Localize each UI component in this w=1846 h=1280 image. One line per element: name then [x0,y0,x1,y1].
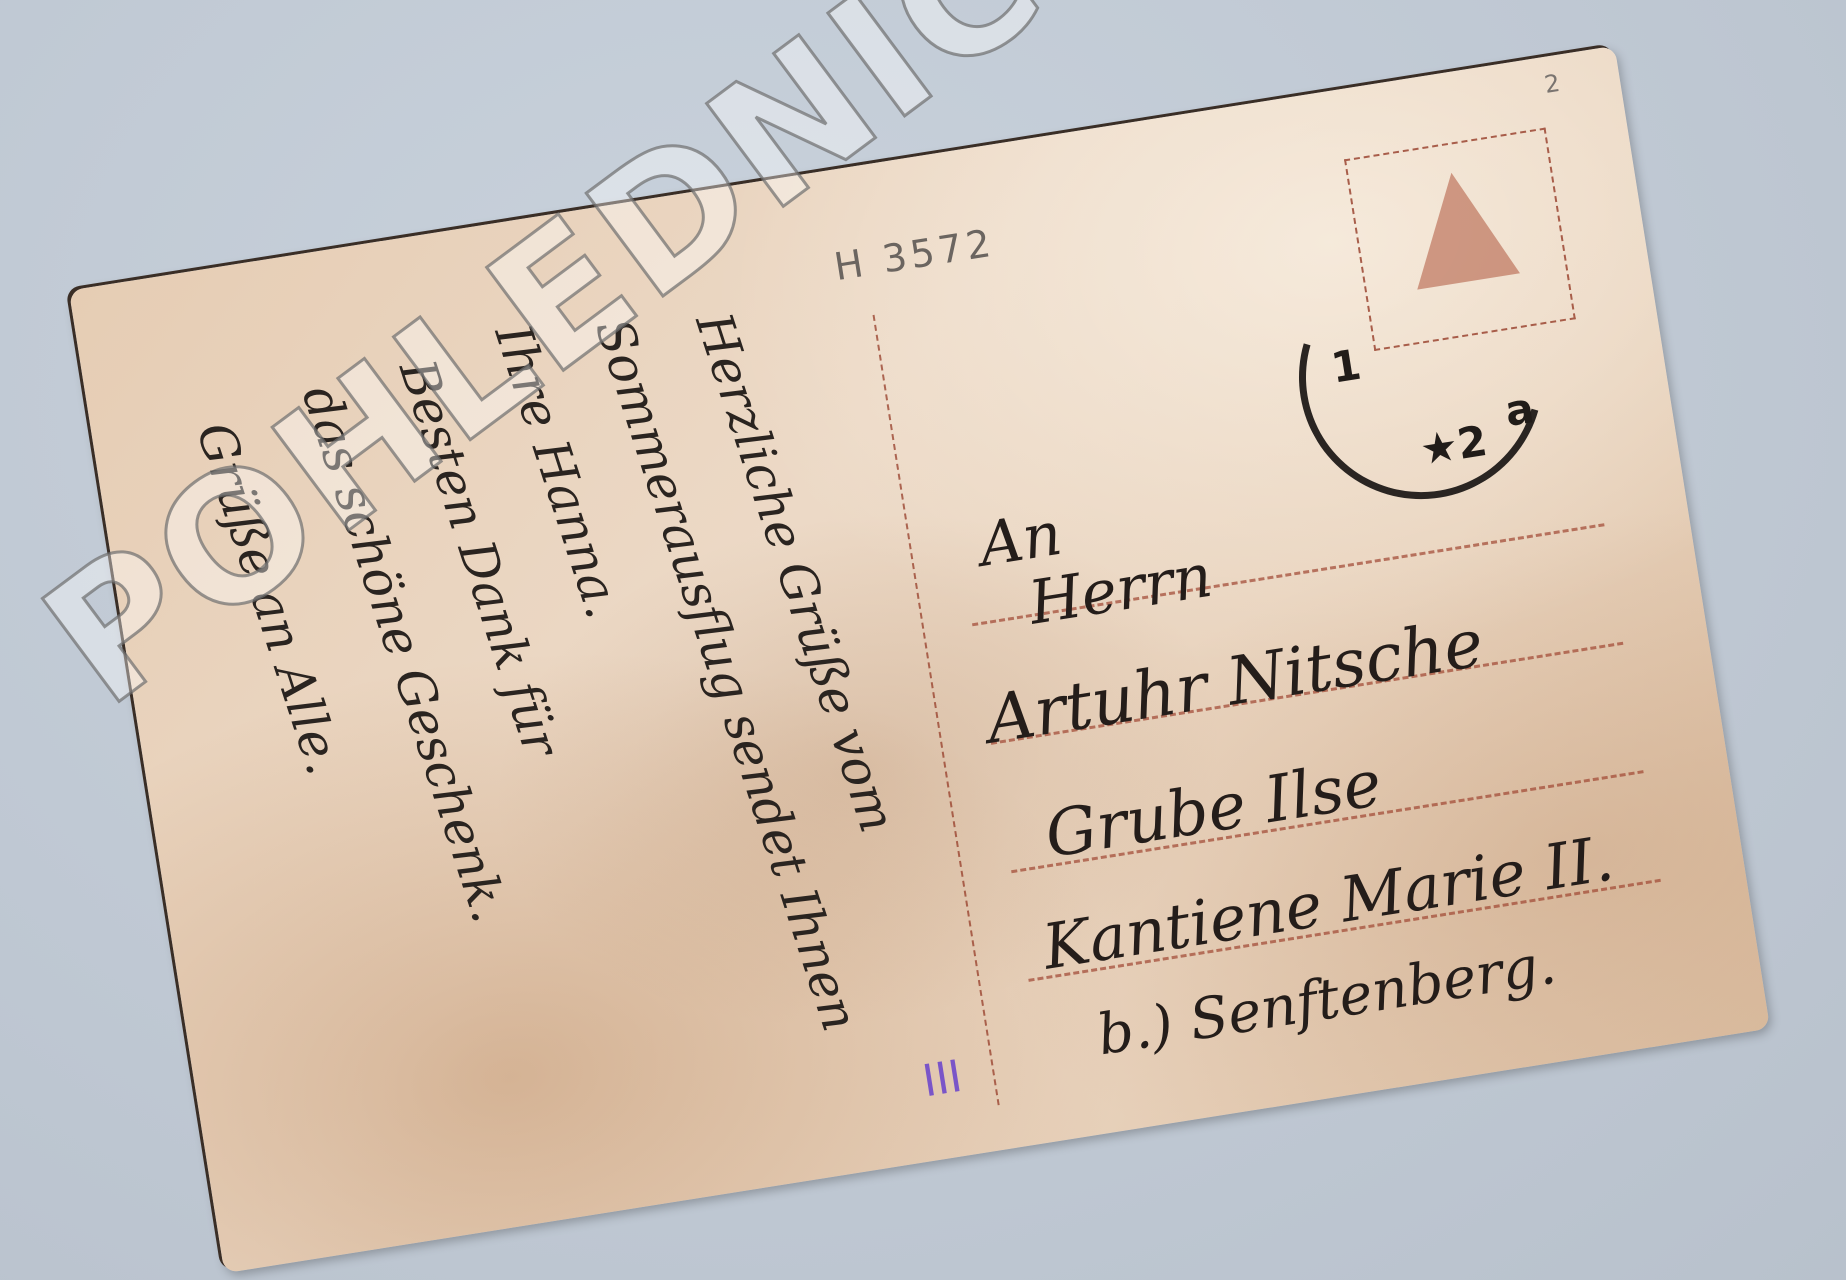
watermark-text: POHLEDNICE - GASH [9,0,1803,745]
watermark-layer: POHLEDNICE - GASH [0,0,1846,1280]
